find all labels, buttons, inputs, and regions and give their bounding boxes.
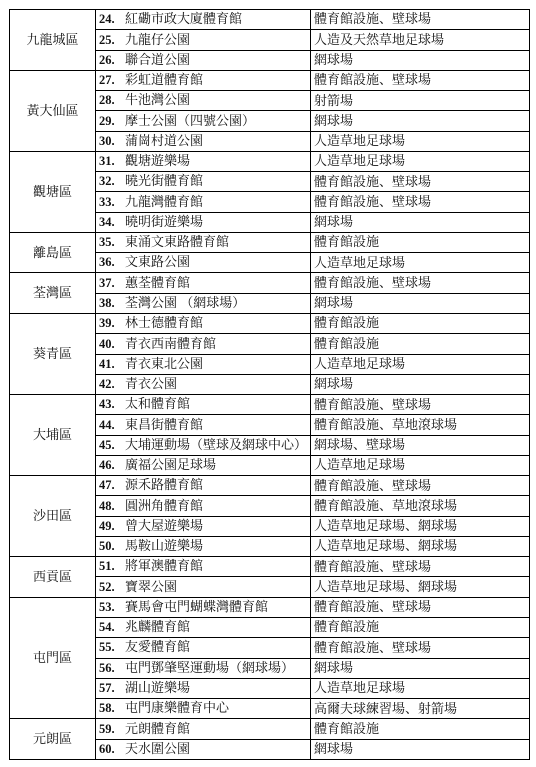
- facility-cell: 51.將軍澳體育館: [96, 557, 311, 577]
- facility-name: 馬鞍山遊樂場: [125, 538, 203, 553]
- facility-cell: 31.觀塘遊樂場: [96, 151, 311, 171]
- facility-number: 56.: [99, 662, 125, 676]
- facility-types-cell: 體育館設施: [311, 719, 530, 739]
- facility-number: 35.: [99, 236, 125, 250]
- district-cell: 離島區: [10, 232, 96, 273]
- facility-name: 賽馬會屯門蝴蝶灣體育館: [125, 599, 268, 614]
- facility-cell: 25.九龍仔公園: [96, 30, 311, 50]
- facility-name: 曉明街遊樂場: [125, 214, 203, 229]
- facility-types-cell: 體育館設施、壁球場: [311, 70, 530, 90]
- facility-number: 33.: [99, 196, 125, 210]
- facility-number: 47.: [99, 479, 125, 493]
- facility-types-cell: 網球場: [311, 374, 530, 394]
- facility-types-cell: 人造草地足球場、網球場: [311, 516, 530, 536]
- table-row: 離島區35.東涌文東路體育館體育館設施: [10, 232, 530, 252]
- facility-types-cell: 體育館設施: [311, 334, 530, 354]
- facility-cell: 50.馬鞍山遊樂場: [96, 536, 311, 556]
- facility-cell: 45.大埔運動場（壁球及網球中心）: [96, 435, 311, 455]
- facility-types-cell: 體育館設施: [311, 232, 530, 252]
- district-cell: 九龍城區: [10, 10, 96, 71]
- facility-types-cell: 網球場: [311, 50, 530, 70]
- facility-number: 51.: [99, 560, 125, 574]
- facility-types-cell: 體育館設施、壁球場: [311, 395, 530, 415]
- facility-types-cell: 人造草地足球場: [311, 131, 530, 151]
- facility-cell: 41.青衣東北公園: [96, 354, 311, 374]
- facility-number: 48.: [99, 500, 125, 514]
- facility-types-cell: 網球場、壁球場: [311, 435, 530, 455]
- facility-cell: 39.林士德體育館: [96, 313, 311, 333]
- table-row: 葵青區39.林士德體育館體育館設施: [10, 313, 530, 333]
- facility-cell: 60.天水圍公園: [96, 739, 311, 759]
- district-cell: 沙田區: [10, 476, 96, 557]
- facility-types-cell: 人造及天然草地足球場: [311, 30, 530, 50]
- facilities-table: 九龍城區24.紅磡市政大廈體育館體育館設施、壁球場25.九龍仔公園人造及天然草地…: [9, 9, 530, 760]
- facility-number: 40.: [99, 338, 125, 352]
- facility-cell: 54.兆麟體育館: [96, 617, 311, 637]
- facility-name: 紅磡市政大廈體育館: [125, 11, 242, 26]
- facility-cell: 35.東涌文東路體育館: [96, 232, 311, 252]
- facility-cell: 26.聯合道公園: [96, 50, 311, 70]
- facility-number: 29.: [99, 115, 125, 129]
- facility-number: 38.: [99, 297, 125, 311]
- facility-cell: 43.太和體育館: [96, 395, 311, 415]
- district-cell: 大埔區: [10, 395, 96, 476]
- facility-types-cell: 體育館設施: [311, 313, 530, 333]
- facility-number: 31.: [99, 155, 125, 169]
- facility-number: 60.: [99, 743, 125, 757]
- facility-name: 東涌文東路體育館: [125, 234, 229, 249]
- facility-cell: 53.賽馬會屯門蝴蝶灣體育館: [96, 597, 311, 617]
- facility-cell: 27.彩虹道體育館: [96, 70, 311, 90]
- facility-number: 39.: [99, 317, 125, 331]
- facility-number: 46.: [99, 459, 125, 473]
- facility-cell: 36.文東路公園: [96, 253, 311, 273]
- table-row: 元朗區59.元朗體育館體育館設施: [10, 719, 530, 739]
- facility-number: 53.: [99, 601, 125, 615]
- facility-number: 26.: [99, 54, 125, 68]
- table-row: 黃大仙區27.彩虹道體育館體育館設施、壁球場: [10, 70, 530, 90]
- facility-name: 九龍仔公園: [125, 32, 190, 47]
- facility-number: 54.: [99, 621, 125, 635]
- facility-cell: 33.九龍灣體育館: [96, 192, 311, 212]
- facility-cell: 42.青衣公園: [96, 374, 311, 394]
- facility-name: 文東路公園: [125, 254, 190, 269]
- facility-name: 荃灣公園 （網球場）: [125, 295, 245, 310]
- district-cell: 屯門區: [10, 597, 96, 719]
- facility-number: 52.: [99, 581, 125, 595]
- facility-number: 36.: [99, 256, 125, 270]
- facility-types-cell: 體育館設施、壁球場: [311, 597, 530, 617]
- facility-types-cell: 人造草地足球場: [311, 253, 530, 273]
- facility-name: 彩虹道體育館: [125, 72, 203, 87]
- facility-types-cell: 網球場: [311, 293, 530, 313]
- facility-cell: 47.源禾路體育館: [96, 476, 311, 496]
- facilities-table-body: 九龍城區24.紅磡市政大廈體育館體育館設施、壁球場25.九龍仔公園人造及天然草地…: [10, 10, 530, 760]
- facility-name: 青衣公園: [125, 376, 177, 391]
- facility-name: 青衣東北公園: [125, 356, 203, 371]
- facility-number: 45.: [99, 439, 125, 453]
- facility-name: 東昌街體育館: [125, 417, 203, 432]
- facility-types-cell: 體育館設施、壁球場: [311, 192, 530, 212]
- facility-number: 43.: [99, 398, 125, 412]
- district-cell: 元朗區: [10, 719, 96, 760]
- facility-name: 將軍澳體育館: [125, 558, 203, 573]
- facility-cell: 59.元朗體育館: [96, 719, 311, 739]
- facility-cell: 44.東昌街體育館: [96, 415, 311, 435]
- facility-name: 友愛體育館: [125, 639, 190, 654]
- facility-number: 34.: [99, 216, 125, 230]
- facility-number: 42.: [99, 378, 125, 392]
- facility-number: 37.: [99, 277, 125, 291]
- facility-name: 林士德體育館: [125, 315, 203, 330]
- facility-types-cell: 高爾夫球練習場、射箭場: [311, 699, 530, 719]
- table-row: 九龍城區24.紅磡市政大廈體育館體育館設施、壁球場: [10, 10, 530, 30]
- district-cell: 葵青區: [10, 313, 96, 394]
- facility-number: 50.: [99, 540, 125, 554]
- facility-cell: 24.紅磡市政大廈體育館: [96, 10, 311, 30]
- facility-types-cell: 體育館設施、草地滾球場: [311, 415, 530, 435]
- facility-number: 25.: [99, 34, 125, 48]
- facility-name: 觀塘遊樂場: [125, 153, 190, 168]
- facility-name: 屯門康樂體育中心: [125, 700, 229, 715]
- facility-cell: 32.曉光街體育館: [96, 172, 311, 192]
- table-row: 荃灣區37.蕙荃體育館體育館設施、壁球場: [10, 273, 530, 293]
- facility-name: 天水圍公園: [125, 741, 190, 756]
- facility-types-cell: 體育館設施、壁球場: [311, 10, 530, 30]
- facility-cell: 56.屯門鄧肇堅運動場（網球場）: [96, 658, 311, 678]
- facility-cell: 48.圓洲角體育館: [96, 496, 311, 516]
- facility-types-cell: 體育館設施、壁球場: [311, 557, 530, 577]
- facility-number: 32.: [99, 175, 125, 189]
- facility-types-cell: 網球場: [311, 111, 530, 131]
- facility-number: 27.: [99, 74, 125, 88]
- facility-types-cell: 體育館設施、壁球場: [311, 273, 530, 293]
- facility-cell: 46.廣福公園足球場: [96, 455, 311, 475]
- facility-cell: 57.湖山遊樂場: [96, 678, 311, 698]
- facility-cell: 28.牛池灣公園: [96, 91, 311, 111]
- facility-types-cell: 網球場: [311, 739, 530, 759]
- facility-name: 圓洲角體育館: [125, 498, 203, 513]
- facility-name: 曾大屋遊樂場: [125, 518, 203, 533]
- facility-name: 元朗體育館: [125, 721, 190, 736]
- facility-cell: 34.曉明街遊樂場: [96, 212, 311, 232]
- facility-name: 湖山遊樂場: [125, 680, 190, 695]
- facility-name: 蕙荃體育館: [125, 275, 190, 290]
- facility-types-cell: 人造草地足球場、網球場: [311, 577, 530, 597]
- district-cell: 西貢區: [10, 557, 96, 598]
- facility-name: 大埔運動場（壁球及網球中心）: [125, 437, 307, 452]
- facility-name: 兆麟體育館: [125, 619, 190, 634]
- facility-cell: 38.荃灣公園 （網球場）: [96, 293, 311, 313]
- facility-name: 屯門鄧肇堅運動場（網球場）: [125, 660, 294, 675]
- facility-types-cell: 人造草地足球場: [311, 151, 530, 171]
- facility-name: 寶翠公園: [125, 579, 177, 594]
- facility-number: 30.: [99, 135, 125, 149]
- district-cell: 觀塘區: [10, 151, 96, 232]
- facility-name: 蒲崗村道公園: [125, 133, 203, 148]
- facility-number: 59.: [99, 723, 125, 737]
- facility-name: 源禾路體育館: [125, 477, 203, 492]
- facility-number: 28.: [99, 94, 125, 108]
- facility-cell: 49.曾大屋遊樂場: [96, 516, 311, 536]
- district-cell: 黃大仙區: [10, 70, 96, 151]
- table-row: 觀塘區31.觀塘遊樂場人造草地足球場: [10, 151, 530, 171]
- facility-number: 49.: [99, 520, 125, 534]
- facility-cell: 30.蒲崗村道公園: [96, 131, 311, 151]
- facility-number: 24.: [99, 13, 125, 27]
- facility-types-cell: 射箭場: [311, 91, 530, 111]
- facility-number: 44.: [99, 419, 125, 433]
- facility-types-cell: 人造草地足球場: [311, 455, 530, 475]
- table-row: 大埔區43.太和體育館體育館設施、壁球場: [10, 395, 530, 415]
- facility-types-cell: 人造草地足球場: [311, 354, 530, 374]
- facility-name: 青衣西南體育館: [125, 336, 216, 351]
- facility-cell: 55.友愛體育館: [96, 638, 311, 658]
- facility-number: 57.: [99, 682, 125, 696]
- table-row: 屯門區53.賽馬會屯門蝴蝶灣體育館體育館設施、壁球場: [10, 597, 530, 617]
- table-row: 沙田區47.源禾路體育館體育館設施、壁球場: [10, 476, 530, 496]
- facility-cell: 29.摩士公園（四號公園）: [96, 111, 311, 131]
- table-row: 西貢區51.將軍澳體育館體育館設施、壁球場: [10, 557, 530, 577]
- facility-types-cell: 人造草地足球場、網球場: [311, 536, 530, 556]
- facility-types-cell: 體育館設施、草地滾球場: [311, 496, 530, 516]
- facility-types-cell: 體育館設施、壁球場: [311, 172, 530, 192]
- facility-types-cell: 體育館設施、壁球場: [311, 476, 530, 496]
- facility-name: 九龍灣體育館: [125, 194, 203, 209]
- facility-name: 牛池灣公園: [125, 92, 190, 107]
- facility-number: 58.: [99, 702, 125, 716]
- facility-number: 41.: [99, 358, 125, 372]
- facility-cell: 37.蕙荃體育館: [96, 273, 311, 293]
- facility-types-cell: 人造草地足球場: [311, 678, 530, 698]
- facility-number: 55.: [99, 641, 125, 655]
- facility-types-cell: 網球場: [311, 212, 530, 232]
- facility-cell: 58.屯門康樂體育中心: [96, 699, 311, 719]
- facility-cell: 40.青衣西南體育館: [96, 334, 311, 354]
- facility-types-cell: 體育館設施: [311, 617, 530, 637]
- district-cell: 荃灣區: [10, 273, 96, 314]
- facility-cell: 52.寶翠公園: [96, 577, 311, 597]
- facility-types-cell: 網球場: [311, 658, 530, 678]
- facility-name: 太和體育館: [125, 396, 190, 411]
- facility-name: 廣福公園足球場: [125, 457, 216, 472]
- facility-name: 摩士公園（四號公園）: [125, 113, 255, 128]
- facility-name: 聯合道公園: [125, 52, 190, 67]
- facility-name: 曉光街體育館: [125, 173, 203, 188]
- facility-types-cell: 體育館設施、壁球場: [311, 638, 530, 658]
